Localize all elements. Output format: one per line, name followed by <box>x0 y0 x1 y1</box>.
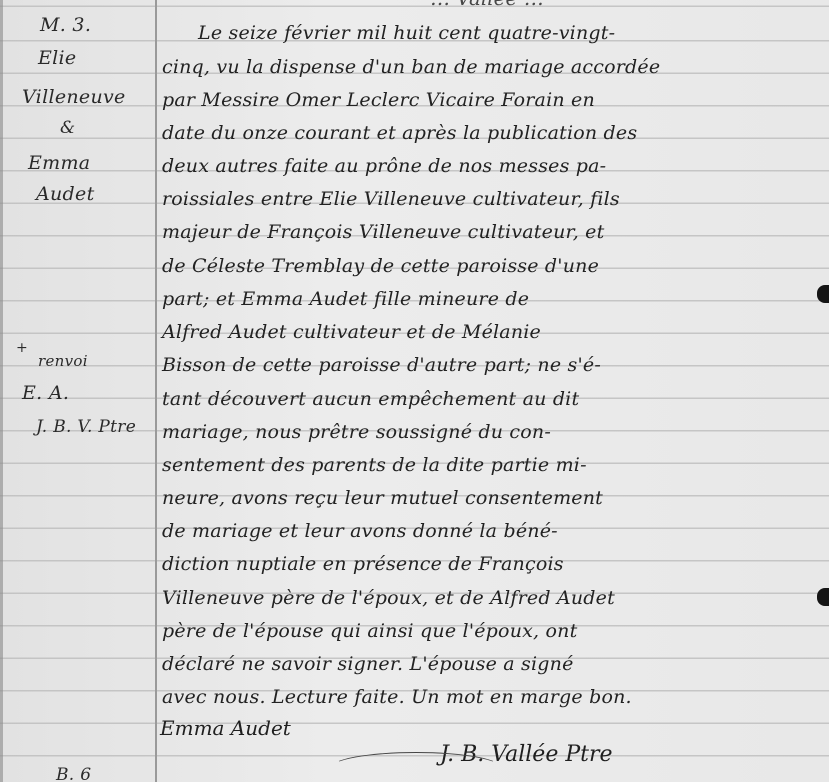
body-line-7: majeur de François Villeneuve cultivateu… <box>162 221 604 243</box>
register-page: … Vallée … M. 3. Elie Villeneuve & Emma … <box>0 0 829 782</box>
entry-number: M. 3. <box>40 14 91 36</box>
previous-entry-fragment: … Vallée … <box>430 0 544 10</box>
body-line-1: Le seize février mil huit cent quatre-vi… <box>198 22 615 44</box>
body-line-12: tant découvert aucun empêchement au dit <box>162 388 579 410</box>
body-line-17: diction nuptiale en présence de François <box>162 553 564 575</box>
body-line-8: de Céleste Tremblay de cette paroisse d'… <box>162 255 599 277</box>
body-line-15: neure, avons reçu leur mutuel consenteme… <box>162 487 603 509</box>
body-line-11: Bisson de cette paroisse d'autre part; n… <box>162 354 601 376</box>
body-line-9: part; et Emma Audet fille mineure de <box>162 288 529 310</box>
binding-hole-top <box>817 285 829 303</box>
groom-given-name: Elie <box>38 47 76 69</box>
margin-rule <box>155 0 157 782</box>
page-binding-edge <box>0 0 3 782</box>
annotation-initials: E. A. <box>22 382 69 404</box>
priest-initials: J. B. V. Ptre <box>36 417 136 437</box>
bride-given-name: Emma <box>28 152 90 174</box>
body-line-3: par Messire Omer Leclerc Vicaire Forain … <box>162 89 595 111</box>
body-line-13: mariage, nous prêtre soussigné du con- <box>162 421 551 443</box>
bride-surname: Audet <box>36 183 95 205</box>
body-line-10: Alfred Audet cultivateur et de Mélanie <box>162 321 541 343</box>
body-line-20: déclaré ne savoir signer. L'épouse a sig… <box>162 653 574 675</box>
binding-hole-bottom <box>817 588 829 606</box>
annotation-mark: + <box>16 340 28 356</box>
body-line-14: sentement des parents de la dite partie … <box>162 454 587 476</box>
body-line-21: avec nous. Lecture faite. Un mot en marg… <box>162 686 632 708</box>
body-line-2: cinq, vu la dispense d'un ban de mariage… <box>162 56 660 78</box>
annotation-word: renvoi <box>38 352 88 370</box>
ampersand: & <box>60 118 75 138</box>
body-line-16: de mariage et leur avons donné la béné- <box>162 520 558 542</box>
groom-surname: Villeneuve <box>22 86 126 108</box>
body-line-5: deux autres faite au prône de nos messes… <box>162 155 606 177</box>
body-line-18: Villeneuve père de l'époux, et de Alfred… <box>162 587 615 609</box>
signature-flourish <box>330 752 502 782</box>
body-line-19: père de l'épouse qui ainsi que l'époux, … <box>162 620 577 642</box>
body-line-6: roissiales entre Elie Villeneuve cultiva… <box>162 188 620 210</box>
body-line-4: date du onze courant et après la publica… <box>162 122 637 144</box>
next-entry-number-fragment: B. 6 <box>56 765 91 782</box>
bride-signature: Emma Audet <box>160 716 291 740</box>
